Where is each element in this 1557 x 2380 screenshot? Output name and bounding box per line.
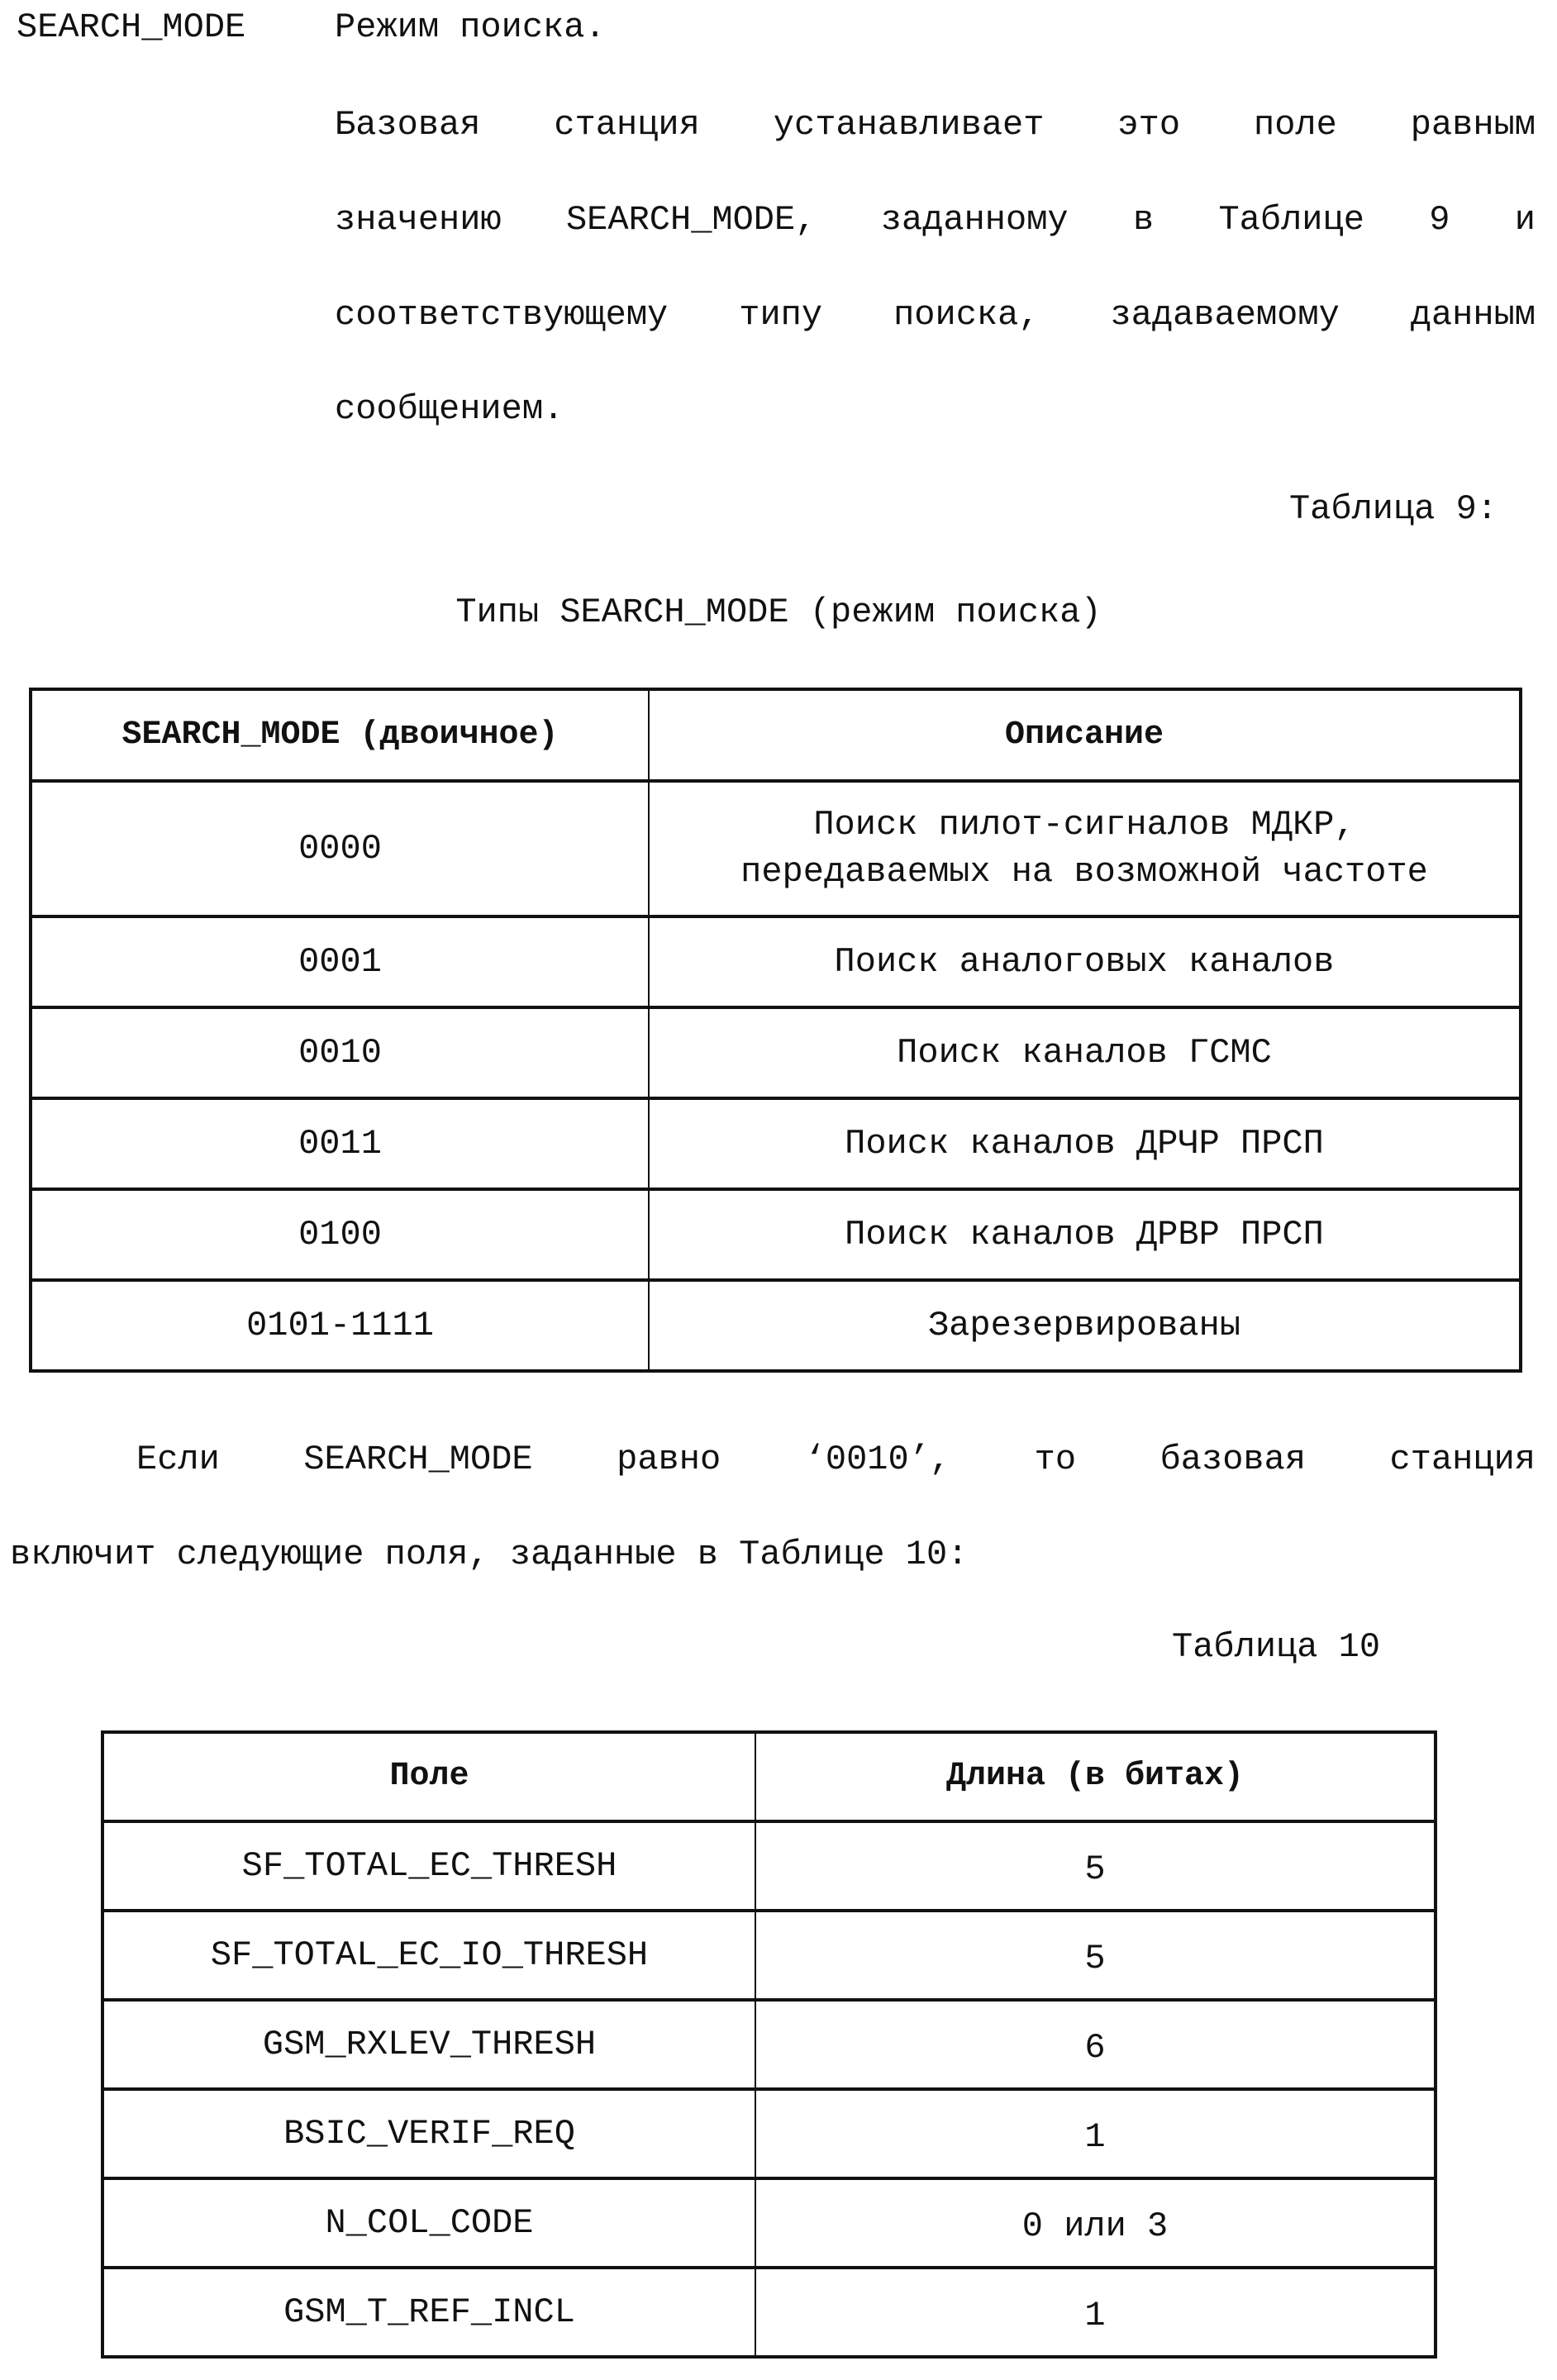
search-mode-description: Поиск каналов ДРЧР ПРСП (649, 1098, 1521, 1189)
table-row: 0011 Поиск каналов ДРЧР ПРСП (31, 1098, 1521, 1189)
field-name: BSIC_VERIF_REQ (102, 2089, 755, 2178)
definition-paragraph-line: Базовая станция устанавливает это поле р… (335, 107, 1536, 142)
field-name: SF_TOTAL_EC_THRESH (102, 1821, 755, 1911)
table-row: 0000 Поиск пилот-сигналов МДКР, передава… (31, 781, 1521, 916)
search-mode-code: 0000 (31, 781, 649, 916)
table-row: 0001 Поиск аналоговых каналов (31, 916, 1521, 1007)
definition-paragraph-line: соответствующему типу поиска, задаваемом… (335, 297, 1536, 332)
column-header-field: Поле (102, 1732, 755, 1821)
table-row: 0101-1111 Зарезервированы (31, 1280, 1521, 1371)
table-header-row: SEARCH_MODE (двоичное) Описание (31, 689, 1521, 781)
definition-paragraph-line: значению SEARCH_MODE, заданному в Таблиц… (335, 202, 1536, 237)
field-name: SF_TOTAL_EC_IO_THRESH (102, 1911, 755, 2000)
search-mode-description: Поиск каналов ГСМС (649, 1007, 1521, 1098)
table-row: 0010 Поиск каналов ГСМС (31, 1007, 1521, 1098)
definition-paragraph-line: сообщением. (335, 392, 1536, 426)
table-row: SF_TOTAL_EC_IO_THRESH 5 (102, 1911, 1436, 2000)
table-row: BSIC_VERIF_REQ 1 (102, 2089, 1436, 2178)
field-length: 1 (755, 2089, 1436, 2178)
search-mode-description: Поиск пилот-сигналов МДКР, передаваемых … (649, 781, 1521, 916)
search-mode-table: SEARCH_MODE (двоичное) Описание 0000 Пои… (29, 688, 1522, 1373)
table-row: N_COL_CODE 0 или 3 (102, 2178, 1436, 2268)
table-row: GSM_RXLEV_THRESH 6 (102, 2000, 1436, 2089)
search-mode-code: 0101-1111 (31, 1280, 649, 1371)
table-row: 0100 Поиск каналов ДРВР ПРСП (31, 1189, 1521, 1280)
search-mode-description: Зарезервированы (649, 1280, 1521, 1371)
table9-caption: Типы SEARCH_MODE (режим поиска) (0, 595, 1557, 630)
field-length: 0 или 3 (755, 2178, 1436, 2268)
field-length: 5 (755, 1911, 1436, 2000)
field-name: GSM_T_REF_INCL (102, 2268, 755, 2357)
search-mode-code: 0010 (31, 1007, 649, 1098)
field-length: 6 (755, 2000, 1436, 2089)
field-length: 1 (755, 2268, 1436, 2357)
paragraph2-line: включит следующие поля, заданные в Табли… (10, 1537, 968, 1572)
table-row: GSM_T_REF_INCL 1 (102, 2268, 1436, 2357)
search-mode-code: 0100 (31, 1189, 649, 1280)
description-line: передаваемых на возможной частоте (658, 849, 1511, 896)
table9-label: Таблица 9: (1289, 492, 1497, 526)
field-name: N_COL_CODE (102, 2178, 755, 2268)
field-length: 5 (755, 1821, 1436, 1911)
table10-label: Таблица 10 (1172, 1630, 1380, 1664)
search-mode-description: Поиск каналов ДРВР ПРСП (649, 1189, 1521, 1280)
table-row: SF_TOTAL_EC_THRESH 5 (102, 1821, 1436, 1911)
field-name: GSM_RXLEV_THRESH (102, 2000, 755, 2089)
description-line: Поиск пилот-сигналов МДКР, (658, 802, 1511, 849)
column-header-search-mode: SEARCH_MODE (двоичное) (31, 689, 649, 781)
column-header-length: Длина (в битах) (755, 1732, 1436, 1821)
table-header-row: Поле Длина (в битах) (102, 1732, 1436, 1821)
column-header-description: Описание (649, 689, 1521, 781)
search-mode-code: 0001 (31, 916, 649, 1007)
search-mode-code: 0011 (31, 1098, 649, 1189)
definition-term: SEARCH_MODE (17, 10, 245, 45)
fields-table: Поле Длина (в битах) SF_TOTAL_EC_THRESH … (101, 1730, 1437, 2359)
search-mode-description: Поиск аналоговых каналов (649, 916, 1521, 1007)
paragraph2-line: Если SEARCH_MODE равно ‘0010’, то базова… (136, 1442, 1536, 1477)
definition-short: Режим поиска. (335, 10, 606, 45)
